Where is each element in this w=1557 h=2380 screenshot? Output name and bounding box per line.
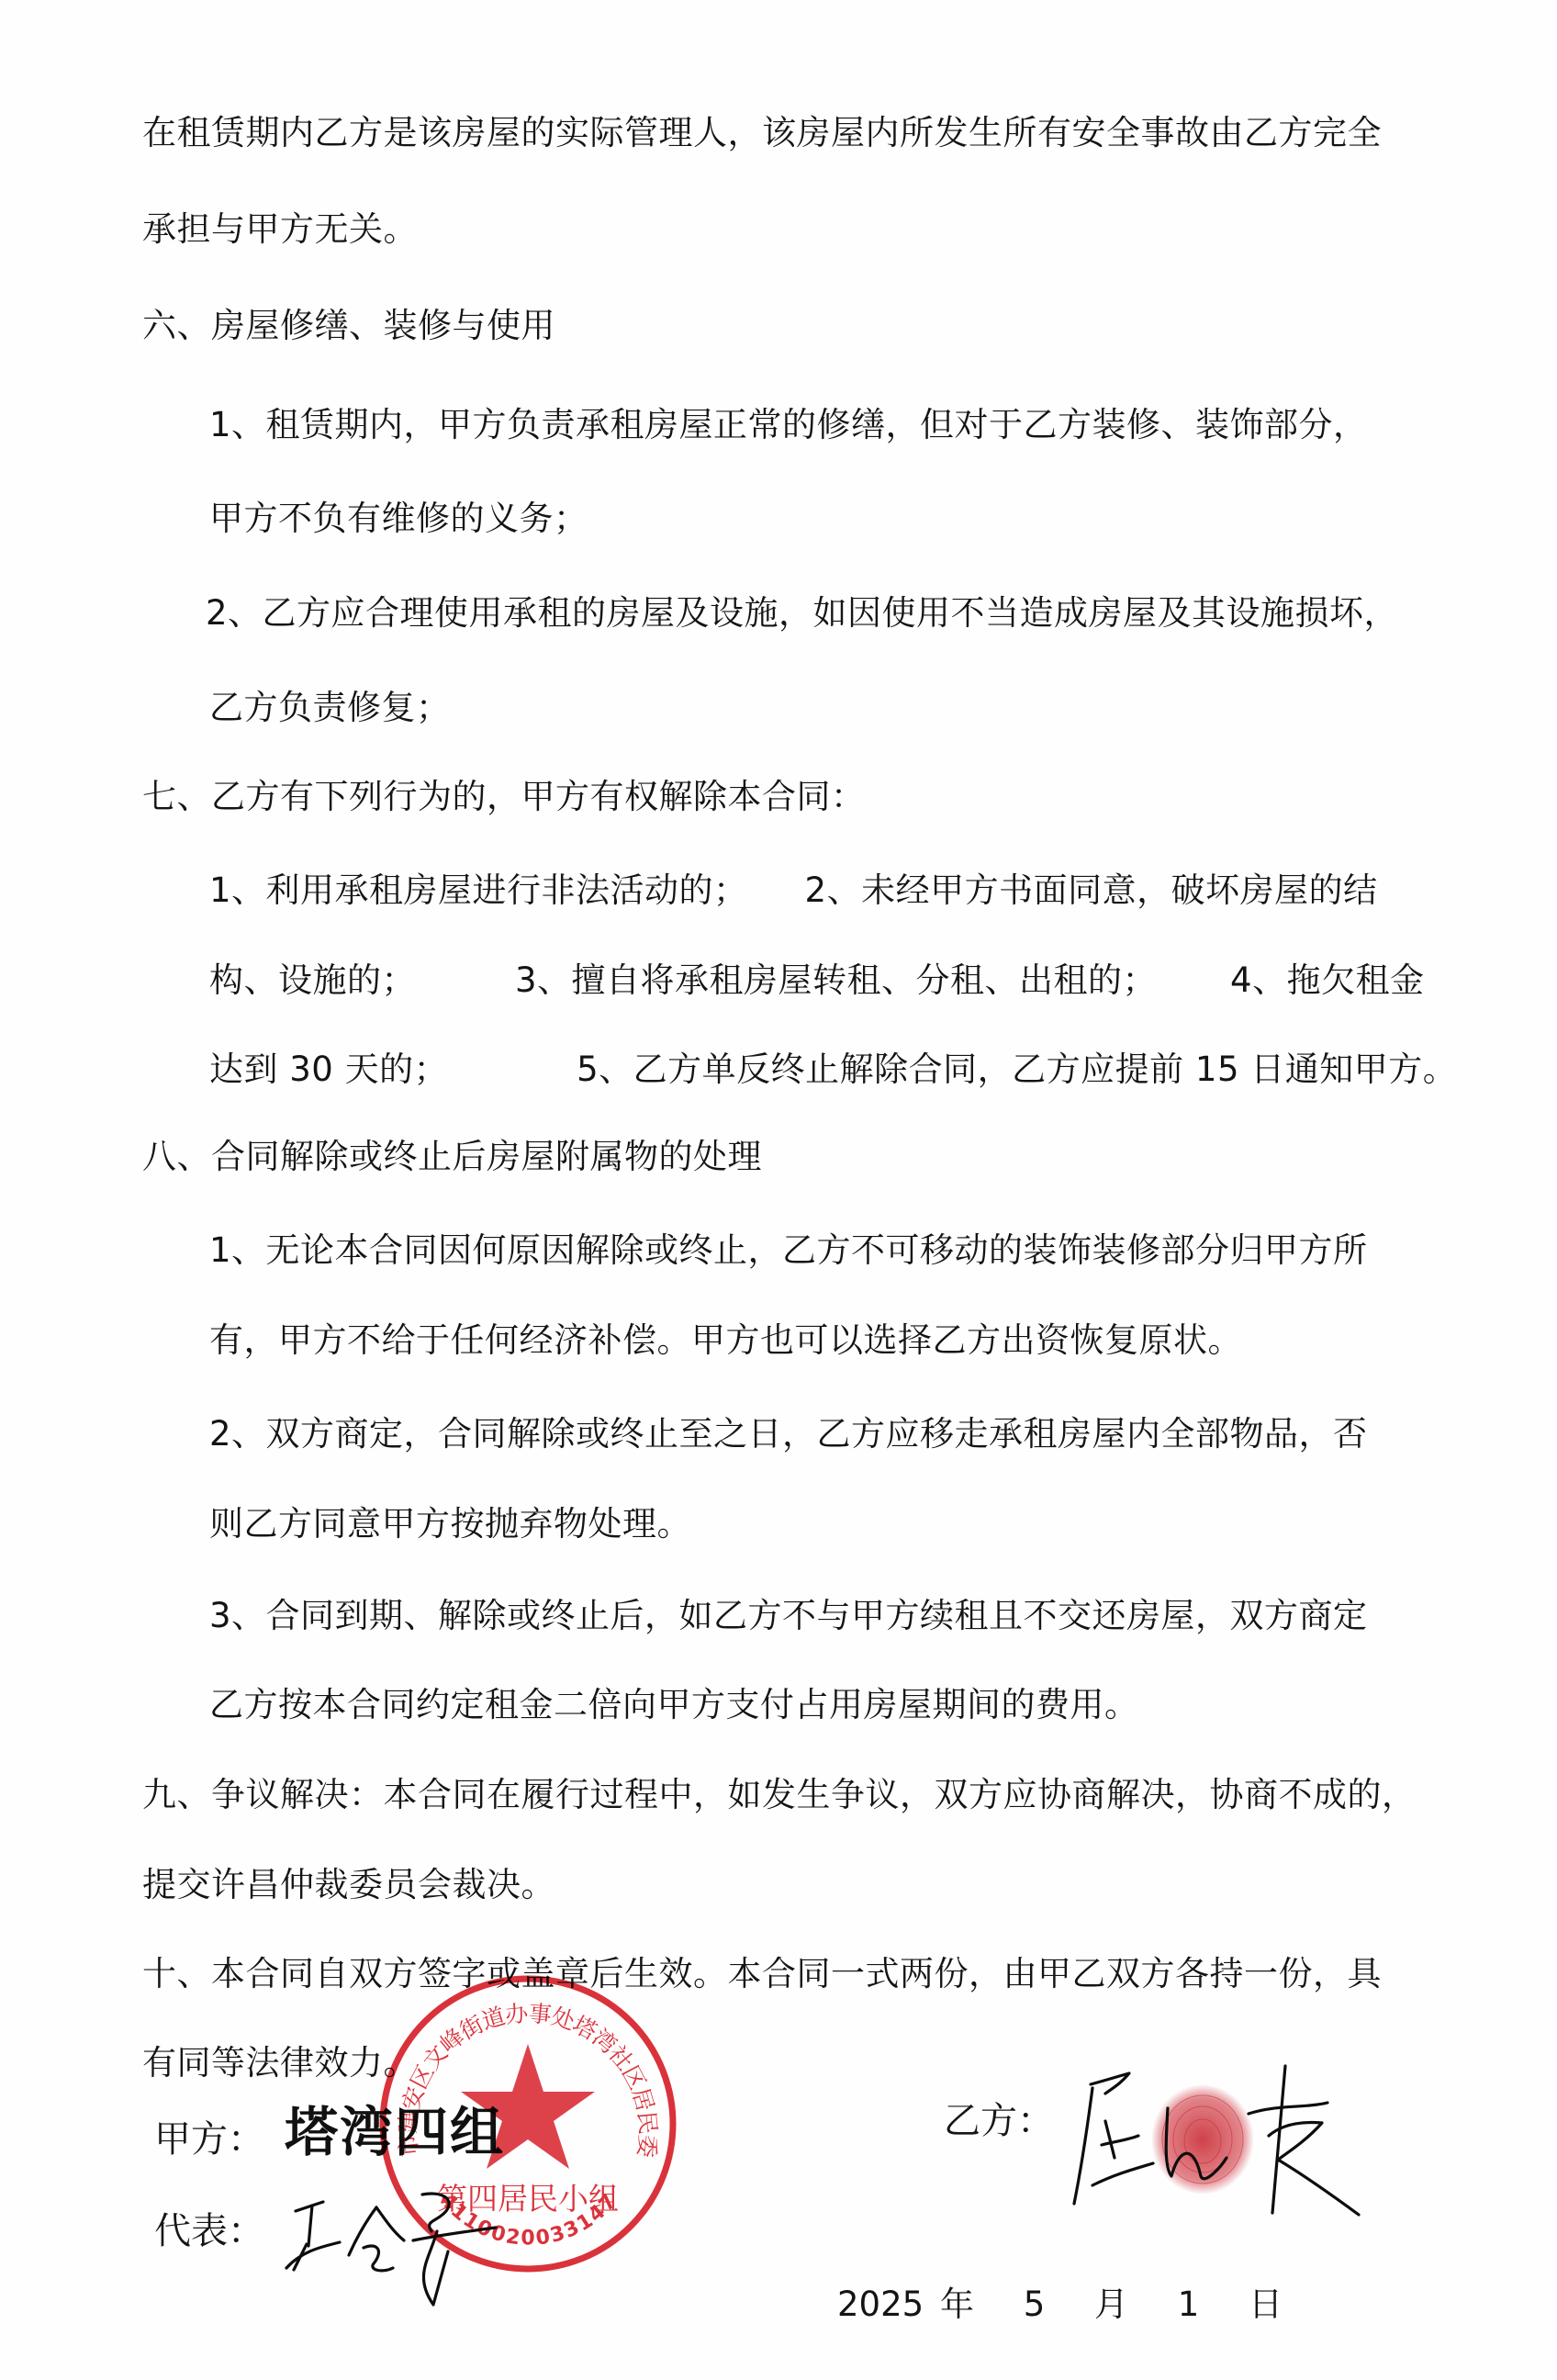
section-7-item-1: 1、利用承租房屋进行非法活动的； [209, 870, 748, 910]
section-7-item-2-part-1: 2、未经甲方书面同意，破坏房屋的结 [805, 870, 1378, 910]
date-year: 2025 [837, 2282, 924, 2328]
party-a-label: 甲方： [154, 2116, 264, 2162]
date-year-unit: 年 [940, 2282, 974, 2328]
contract-page: 在租赁期内乙方是该房屋的实际管理人，该房屋内所发生所有安全事故由乙方完全 承担与… [0, 0, 1557, 2380]
section-8-item-3-line-2: 乙方按本合同约定租金二倍向甲方支付占用房屋期间的费用。 [209, 1682, 1139, 1728]
section-6-title: 六、房屋修缮、装修与使用 [142, 303, 555, 349]
date-day: 1 [1178, 2282, 1200, 2328]
section-7-item-5: 5、乙方单反终止解除合同，乙方应提前 15 日通知甲方。 [577, 1050, 1457, 1089]
section-5-continuation-line-2: 承担与甲方无关。 [142, 207, 418, 253]
section-6-item-1-line-1: 1、租赁期内，甲方负责承租房屋正常的修缮，但对于乙方装修、装饰部分， [209, 402, 1368, 448]
section-8-item-2-line-1: 2、双方商定，合同解除或终止至之日，乙方应移走承租房屋内全部物品，否 [209, 1411, 1368, 1457]
date-day-unit: 日 [1249, 2282, 1283, 2328]
section-8-item-3-line-1: 3、合同到期、解除或终止后，如乙方不与甲方续租且不交还房屋，双方商定 [209, 1593, 1368, 1639]
section-7-item-4-part-1: 4、拖欠租金 [1230, 960, 1425, 1000]
section-8-item-1-line-2: 有，甲方不给于任何经济补偿。甲方也可以选择乙方出资恢复原状。 [209, 1318, 1242, 1364]
date-month: 5 [1024, 2282, 1046, 2328]
star-icon [461, 2044, 595, 2169]
section-7-line-1: 1、利用承租房屋进行非法活动的；2、未经甲方书面同意，破坏房屋的结 [209, 868, 1489, 914]
section-5-continuation-line-1: 在租赁期内乙方是该房屋的实际管理人，该房屋内所发生所有安全事故由乙方完全 [142, 110, 1382, 156]
paragraph-line: 在租赁期内乙方是该房屋的实际管理人，该房屋内所发生所有安全事故由乙方完全 [142, 110, 1418, 156]
section-6-item-2-line-2: 乙方负责修复； [209, 685, 451, 731]
section-10-line-1: 十、本合同自双方签字或盖章后生效。本合同一式两份，由甲乙双方各持一份，具 [142, 1951, 1382, 1997]
date-month-unit: 月 [1094, 2282, 1128, 2328]
section-7-item-2-part-2: 构、设施的； [209, 960, 416, 1000]
section-7-line-2: 构、设施的；3、擅自将承租房屋转租、分租、出租的；4、拖欠租金 [209, 958, 1489, 1004]
section-7-title: 七、乙方有下列行为的，甲方有权解除本合同： [142, 774, 866, 820]
section-7-item-4-part-2: 达到 30 天的； [209, 1050, 448, 1089]
section-6-item-2-line-1: 2、乙方应合理使用承租的房屋及设施，如因使用不当造成房屋及其设施损坏， [206, 590, 1398, 636]
section-8-title: 八、合同解除或终止后房屋附属物的处理 [142, 1134, 762, 1180]
party-b-signature [1065, 2057, 1414, 2231]
signing-date: 2025 年 5 月 1 日 [837, 2282, 1283, 2328]
representative-label: 代表： [154, 2208, 264, 2254]
section-7-item-3: 3、擅自将承租房屋转租、分租、出租的； [515, 960, 1157, 1000]
section-8-item-2-line-2: 则乙方同意甲方按抛弃物处理。 [209, 1501, 691, 1547]
section-8-item-1-line-1: 1、无论本合同因何原因解除或终止，乙方不可移动的装饰装修部分归甲方所 [209, 1228, 1368, 1274]
section-9-line-1: 九、争议解决：本合同在履行过程中，如发生争议，双方应协商解决，协商不成的， [142, 1772, 1417, 1818]
representative-signature [275, 2167, 514, 2314]
section-9-line-2: 提交许昌仲裁委员会裁决。 [142, 1862, 555, 1908]
party-b-label: 乙方： [944, 2098, 1054, 2144]
section-6-item-1-line-2: 甲方不负有维修的义务； [209, 496, 588, 542]
section-7-line-3: 达到 30 天的；5、乙方单反终止解除合同，乙方应提前 15 日通知甲方。 [209, 1047, 1457, 1093]
